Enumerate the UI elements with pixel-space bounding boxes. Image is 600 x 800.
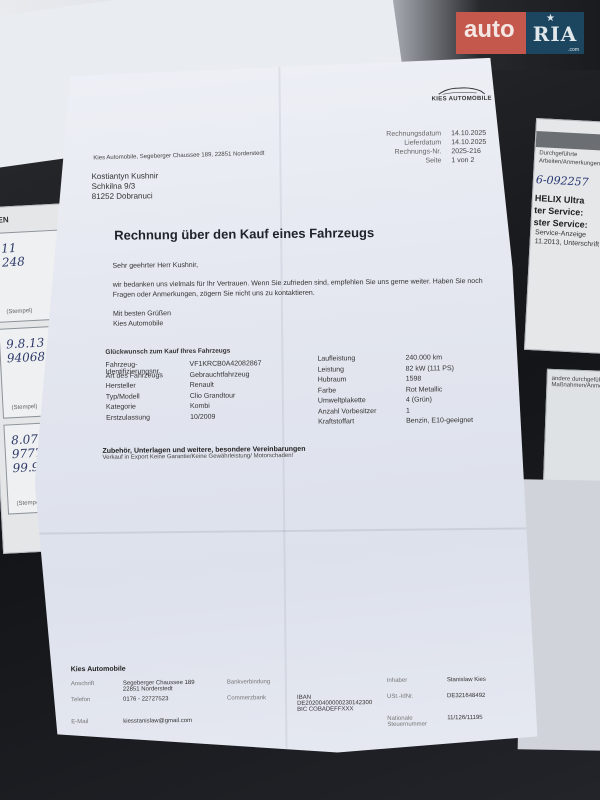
vehicle-value: Rot Metallic [406, 386, 443, 397]
vehicle-value: Benzin, E10-geeignet [406, 417, 473, 428]
vehicle-label: Erstzulassung [106, 413, 190, 424]
vehicle-row: Erstzulassung10/2009 [106, 412, 318, 425]
booklet-header: TEN [0, 204, 67, 229]
vehicle-value: 240.000 km [405, 354, 442, 365]
vehicle-value: 10/2009 [190, 412, 318, 424]
recipient-street: Schkilna 9/3 [92, 181, 159, 192]
vehicle-value: 1598 [406, 376, 422, 387]
autoria-watermark: auto ★ RIA .com [456, 12, 584, 54]
handwriting: 9.8.13 94068 [6, 335, 46, 365]
letter-body: Sehr geehrter Herr Kushnir, wir bedanken… [112, 258, 493, 330]
invoice-meta: Rechnungsdatum14.10.2025 Lieferdatum14.1… [361, 130, 486, 167]
vehicle-details: Glückwunsch zum Kauf Ihres Fahrzeugs Fah… [105, 344, 526, 431]
invoice-title: Rechnung über den Kauf eines Fahrzeugs [114, 225, 374, 243]
stamp-label: (Stempel) [6, 308, 32, 315]
vehicle-value: 1 [406, 407, 410, 418]
sender-line: Kies Automobile, Segeberger Chaussee 189… [93, 151, 264, 162]
invoice-sheet: KIES AUTOMOBILE Rechnungsdatum14.10.2025… [30, 57, 537, 762]
salutation: Sehr geehrter Herr Kushnir, [112, 258, 492, 272]
invoice-footer: Kies Automobile Anschrift Segeberger Cha… [71, 661, 532, 731]
extras-section: Zubehör, Unterlagen und weitere, besonde… [102, 446, 305, 461]
extras-text: Verkauf in Export Keine Garantie/Keine G… [102, 453, 305, 461]
vehicle-left-column: Fahrzeug-Identifizierungsnr.VF1KRCB0A420… [105, 360, 318, 432]
footer-company: Kies Automobile [71, 661, 531, 673]
body-text: wir bedanken uns vielmals für Ihr Vertra… [113, 277, 493, 301]
recipient-city: 81252 Dobranuci [92, 191, 159, 202]
service-booklet-right-lower: ändere durchgeführte Maßnahmen/Anmerkung… [543, 369, 600, 483]
meta-row: Seite1 von 2 [361, 157, 486, 167]
recipient-name: Kostiantyn Kushnir [91, 171, 158, 182]
star-icon: ★ [546, 13, 555, 24]
car-logo-icon [437, 86, 487, 97]
service-booklet-right: Durchgeführte Arbeiten/Anmerkungen 6-092… [524, 118, 600, 354]
stamp-label: (Stempel) [11, 404, 37, 411]
vehicle-right-column: Laufleistung240.000 kmLeistung82 kW (111… [317, 354, 473, 429]
vehicle-label: Kraftstoffart [318, 418, 406, 429]
company-logo: KIES AUTOMOBILE [427, 86, 497, 103]
recipient-address: Kostiantyn Kushnir Schkilna 9/3 81252 Do… [91, 171, 158, 202]
vehicle-row: KraftstoffartBenzin, E10-geeignet [318, 417, 473, 429]
vehicle-value: 4 (Grün) [406, 396, 432, 407]
vehicle-value: 82 kW (111 PS) [406, 365, 454, 376]
handwriting: 11 248 [1, 240, 25, 269]
